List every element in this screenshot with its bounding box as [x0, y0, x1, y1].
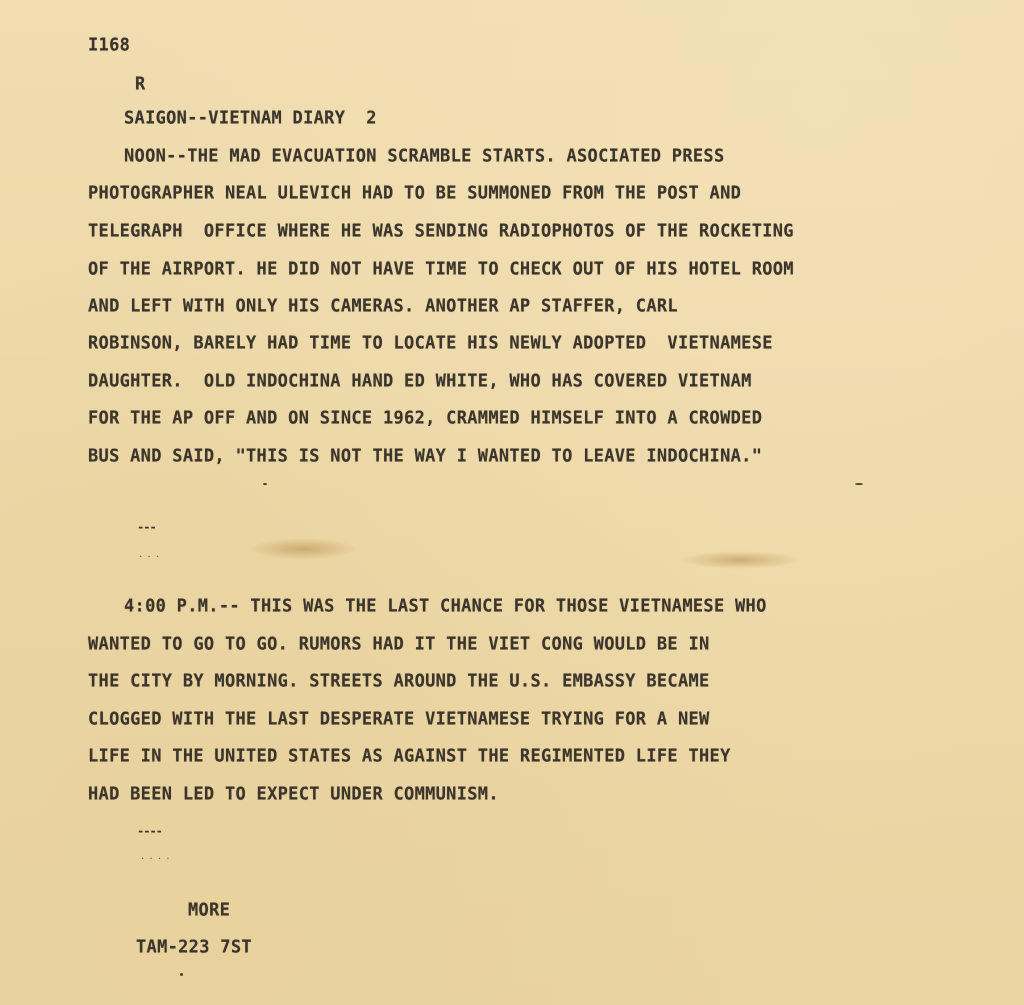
- ink-speck: [180, 973, 183, 976]
- more-marker: MORE: [188, 900, 230, 921]
- separator-dashes: ----: [137, 824, 162, 838]
- body-line: ROBINSON, BARELY HAD TIME TO LOCATE HIS …: [88, 333, 773, 354]
- body-line: TELEGRAPH OFFICE WHERE HE WAS SENDING RA…: [88, 221, 794, 242]
- ink-speck: [855, 483, 863, 485]
- separator-dashes: ---: [137, 520, 156, 534]
- stain: [680, 551, 800, 569]
- separator-dots: ...: [138, 550, 163, 560]
- body-line: BUS AND SAID, "THIS IS NOT THE WAY I WAN…: [88, 446, 762, 467]
- teletype-paper: I168 R SAIGON--VIETNAM DIARY 2 NOON--THE…: [0, 0, 1024, 1005]
- stain: [248, 538, 358, 560]
- ink-speck: [263, 483, 267, 485]
- story-slug: SAIGON--VIETNAM DIARY 2: [124, 108, 377, 129]
- body-line: FOR THE AP OFF AND ON SINCE 1962, CRAMME…: [88, 408, 762, 429]
- body-line: WANTED TO GO TO GO. RUMORS HAD IT THE VI…: [88, 634, 710, 655]
- body-line: AND LEFT WITH ONLY HIS CAMERAS. ANOTHER …: [88, 296, 678, 317]
- body-line: LIFE IN THE UNITED STATES AS AGAINST THE…: [88, 746, 731, 767]
- transmission-code: TAM-223 7ST: [136, 937, 252, 958]
- body-line: 4:00 P.M.-- THIS WAS THE LAST CHANCE FOR…: [124, 596, 767, 617]
- priority-code: R: [135, 74, 146, 95]
- body-line: NOON--THE MAD EVACUATION SCRAMBLE STARTS…: [124, 146, 725, 167]
- body-line: CLOGGED WITH THE LAST DESPERATE VIETNAME…: [88, 709, 710, 730]
- separator-dots: ....: [140, 852, 174, 862]
- body-line: THE CITY BY MORNING. STREETS AROUND THE …: [88, 671, 710, 692]
- body-line: OF THE AIRPORT. HE DID NOT HAVE TIME TO …: [88, 259, 794, 280]
- body-line: HAD BEEN LED TO EXPECT UNDER COMMUNISM.: [88, 784, 499, 805]
- body-line: DAUGHTER. OLD INDOCHINA HAND ED WHITE, W…: [88, 371, 752, 392]
- body-line: PHOTOGRAPHER NEAL ULEVICH HAD TO BE SUMM…: [88, 183, 741, 204]
- document-code: I168: [88, 35, 130, 56]
